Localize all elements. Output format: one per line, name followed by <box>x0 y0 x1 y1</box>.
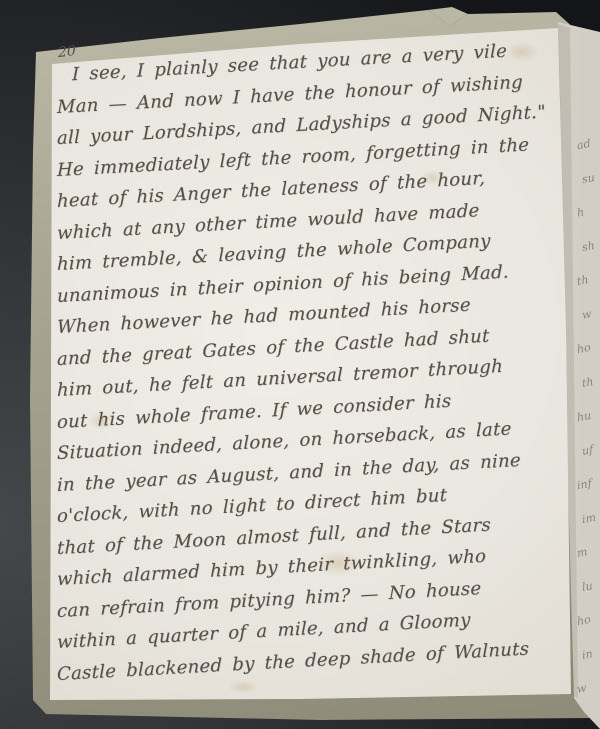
foxing-stain <box>228 680 258 694</box>
adjacent-page-text-fragment: inf <box>576 477 592 493</box>
adjacent-page-fragments: ad su h sh th w ho th hu uf inf im m lu … <box>570 20 600 720</box>
adjacent-page-text-fragment: th <box>581 375 594 390</box>
manuscript-text: I see, I plainly see that you are a very… <box>57 33 559 690</box>
photograph-background: ad su h sh th w ho th hu uf inf im m lu … <box>0 0 600 729</box>
adjacent-page-text-fragment: m <box>576 545 588 560</box>
adjacent-page-text-fragment: ad <box>576 137 591 153</box>
adjacent-page-text-fragment: ho <box>576 613 591 629</box>
adjacent-page-text-fragment: sh <box>581 239 595 254</box>
adjacent-page-text-fragment: hu <box>576 409 592 425</box>
adjacent-page-text-fragment: w <box>581 307 592 322</box>
adjacent-page-text-fragment: lu <box>581 579 593 594</box>
adjacent-page-text-fragment: ho <box>576 341 591 357</box>
adjacent-page-text-fragment: uf <box>581 443 594 458</box>
adjacent-page-text-fragment: w <box>576 681 587 696</box>
adjacent-page-text-fragment: in <box>581 647 593 662</box>
adjacent-page-text-fragment: su <box>581 171 595 186</box>
adjacent-page-text-fragment: th <box>576 273 589 288</box>
adjacent-page-text-fragment: h <box>576 205 585 219</box>
adjacent-page-text-fragment: im <box>581 511 596 527</box>
